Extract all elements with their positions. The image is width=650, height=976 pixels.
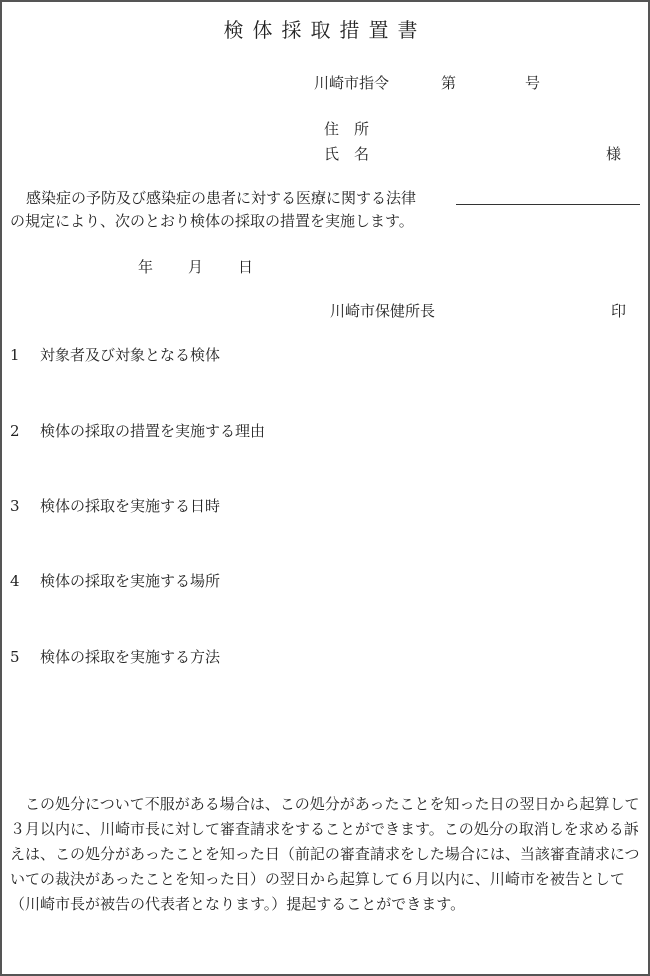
law-blank-line: [456, 204, 640, 205]
order-go: 号: [525, 74, 540, 92]
item-2: 2検体の採取の措置を実施する理由: [10, 422, 265, 440]
seal-mark: 印: [611, 302, 626, 320]
date-month: 月: [188, 258, 203, 276]
item-label: 検体の採取を実施する方法: [40, 648, 220, 666]
item-label: 検体の採取を実施する日時: [40, 497, 220, 515]
item-1: 1対象者及び対象となる検体: [10, 346, 220, 364]
item-label: 検体の採取の措置を実施する理由: [40, 422, 265, 440]
item-3: 3検体の採取を実施する日時: [10, 497, 220, 515]
appeal-notice: この処分について不服がある場合は、この処分があったことを知った日の翌日から起算し…: [10, 792, 640, 917]
item-label: 検体の採取を実施する場所: [40, 572, 220, 590]
order-prefix: 川崎市指令: [314, 74, 389, 92]
honorific: 様: [606, 145, 621, 163]
name-label: 氏 名: [324, 145, 369, 163]
item-label: 対象者及び対象となる検体: [40, 346, 220, 364]
intro-line-2: の規定により、次のとおり検体の採取の措置を実施します。: [10, 212, 414, 230]
item-4: 4検体の採取を実施する場所: [10, 572, 220, 590]
date-year: 年: [138, 258, 153, 276]
order-dai: 第: [441, 74, 456, 92]
date-day: 日: [238, 258, 253, 276]
item-5: 5検体の採取を実施する方法: [10, 648, 220, 666]
address-label: 住 所: [324, 120, 369, 138]
issuer-name: 川崎市保健所長: [330, 302, 435, 320]
intro-line-1: 感染症の予防及び感染症の患者に対する医療に関する法律: [26, 189, 416, 207]
document-title: 検体採取措置書: [0, 14, 650, 43]
